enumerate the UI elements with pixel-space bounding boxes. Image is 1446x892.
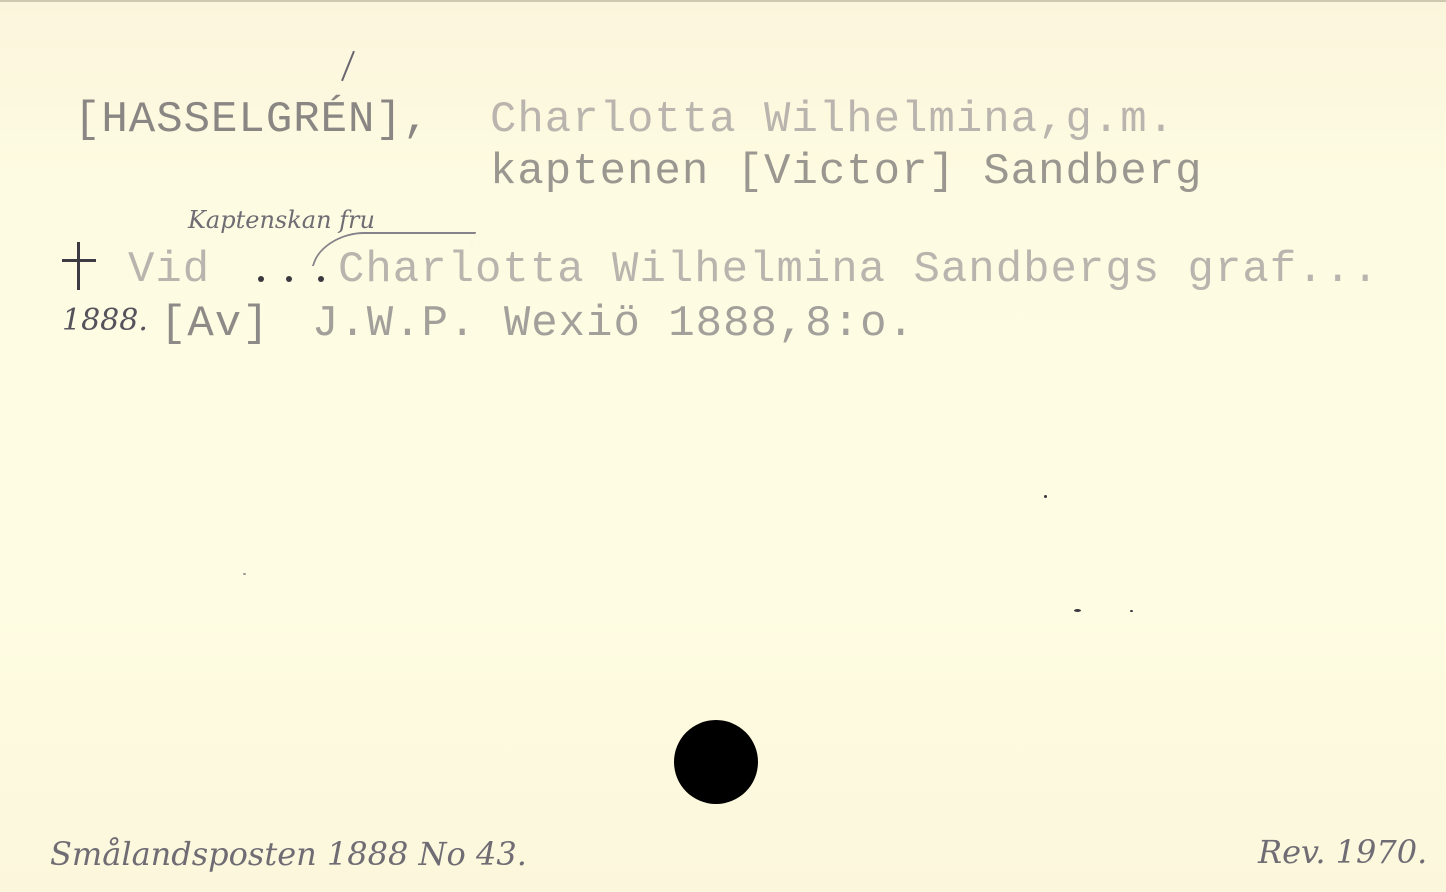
accent-mark [341,51,355,81]
source-note: Smålandsposten 1888 No 43. [50,838,527,870]
speck [1130,610,1133,612]
ellipsis-dot [286,276,292,282]
punch-hole [674,720,758,804]
ellipsis-dot [258,276,264,282]
catalog-card: [HASSELGRÉN], Charlotta Wilhelmina,g.m. … [0,0,1446,892]
death-cross-icon [62,242,96,290]
imprint-bracket: [Av] [160,302,270,346]
revision-note: Rev. 1970. [1258,836,1427,868]
speck [1044,495,1047,498]
heading-given-names: Charlotta Wilhelmina,g.m. [490,98,1175,142]
ellipsis-dot [318,276,324,282]
handwritten-year: 1888. [62,306,148,336]
heading-spouse-line: kaptenen [Victor] Sandberg [490,150,1203,194]
title-prefix: Vid [128,248,210,292]
heading-surname: [HASSELGRÉN], [74,98,430,142]
handwritten-insertion: Kaptenskan fru [188,208,375,232]
speck [243,573,246,575]
speck [1074,609,1081,612]
imprint-rest: J.W.P. Wexiö 1888,8:o. [312,302,915,346]
title-rest: Charlotta Wilhelmina Sandbergs graf... [338,248,1379,292]
